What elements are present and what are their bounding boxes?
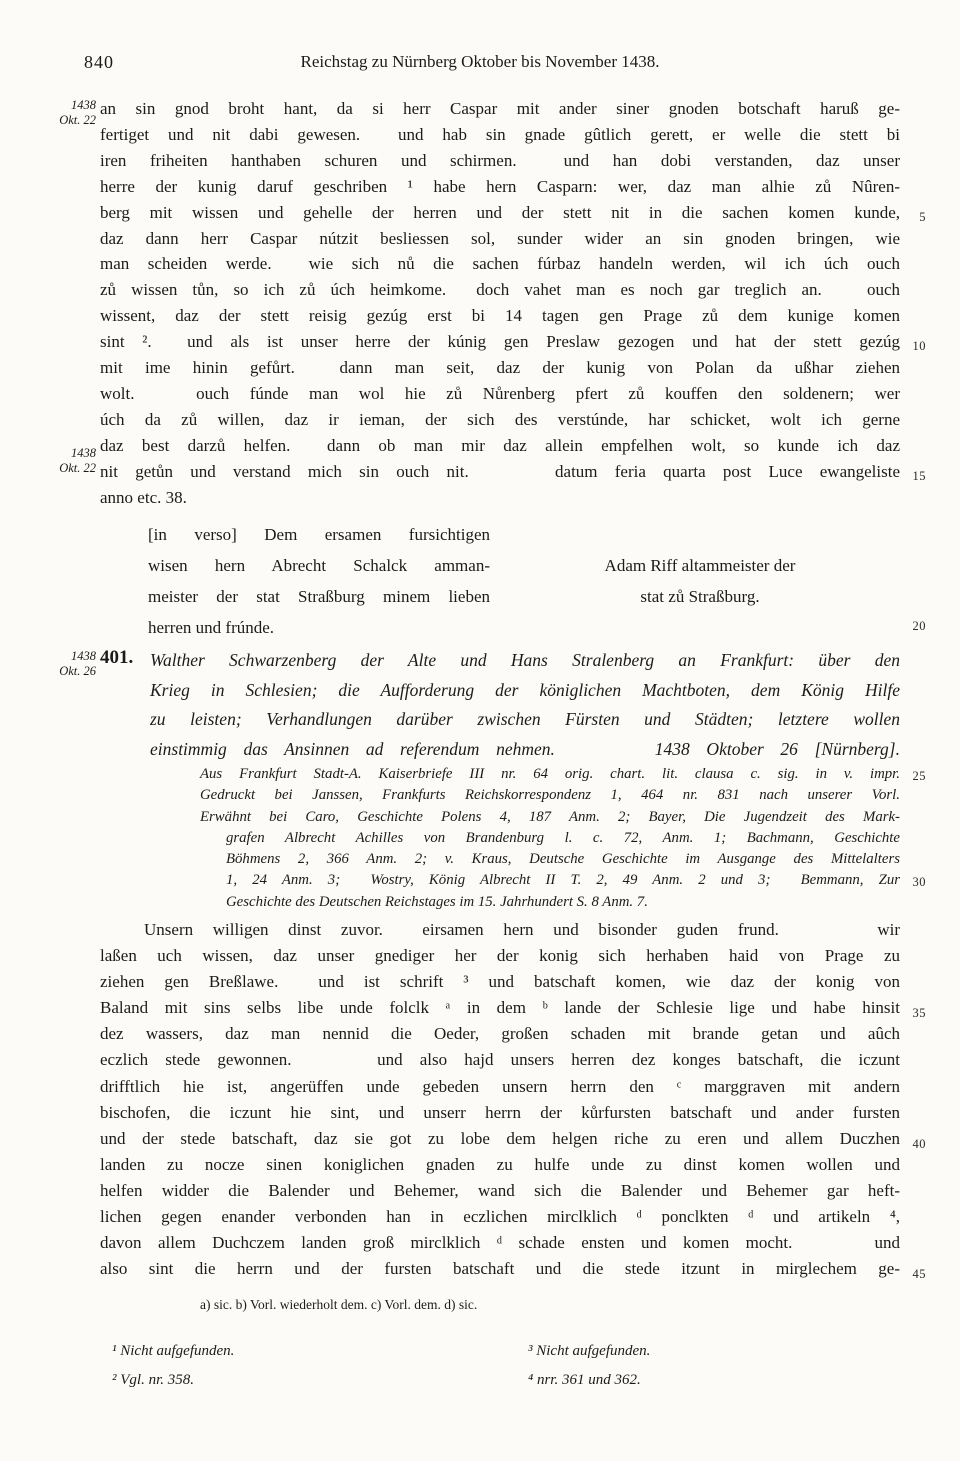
line-text: daz dann herr Caspar nútzit besliessen s… [100,229,900,248]
margin-date-day: Okt. 22 [40,461,96,476]
text-line: eczlich stede gewonnen. und also hajd un… [100,1047,900,1073]
line-text: [in verso] Dem ersamen fursichtigen [148,525,490,544]
line-text: dez wassers, daz man nennid die Oeder, g… [100,1024,900,1043]
line-text: davon allem Duchczem landen groß mirclkl… [100,1233,900,1252]
address-line: [in verso] Dem ersamen fursichtigen [148,519,490,550]
line-text: drifftlich hie ist, angerüffen unde gebe… [100,1077,900,1096]
line-text: meister der stat Straßburg minem lieben [148,587,490,606]
text-line: daz dann herr Caspar nútzit besliessen s… [100,226,900,252]
text-line: drifftlich hie ist, angerüffen unde gebe… [100,1074,900,1100]
apparatus-line: Gedruckt bei Janssen, Frankfurts Reichsk… [200,785,900,806]
line-text: landen zu nocze sinen koniglichen gnaden… [100,1155,900,1174]
margin-line-number: 45 [913,1261,927,1287]
entry-400-letter-body: 1438 Okt. 22 1438 Okt. 22 an sin gnod br… [100,96,900,511]
apparatus-line: Aus Frankfurt Stadt-A. Kaiserbriefe III … [200,764,900,785]
line-text: ³ Nicht aufgefunden. [528,1343,650,1359]
line-text: wissent, daz der stett reisig gezúg erst… [100,306,900,325]
summary-line: zu leisten; Verhandlungen darüber zwisch… [150,705,900,735]
margin-date-day: Okt. 22 [40,113,96,128]
line-text: lichen gegen enander verbonden han in ec… [100,1207,900,1226]
text-line: úch da zů willen, daz ir ieman, der sich… [100,407,900,433]
line-text: grafen Albrecht Achilles von Brandenburg… [226,830,900,846]
line-text: herre der kunig daruf geschriben ¹ habe … [100,177,900,196]
margin-line-number: 10 [913,334,927,360]
text-line: davon allem Duchczem landen groß mirclkl… [100,1230,900,1256]
page-header: 840 Reichstag zu Nürnberg Oktober bis No… [100,52,900,78]
line-text: Unsern willigen dinst zuvor. eirsamen he… [144,920,900,939]
line-text: sint ². und als ist unser herre der kúni… [100,332,900,351]
line-text: Aus Frankfurt Stadt-A. Kaiserbriefe III … [200,766,900,782]
text-line: also sint die herrn und der fursten bats… [100,1256,900,1282]
apparatus-line: Böhmens 2, 366 Anm. 2; v. Kraus, Deutsch… [200,849,900,870]
text-line: herre der kunig daruf geschriben ¹ habe … [100,174,900,200]
line-text: zů wissen tůn, so ich zů úch heimkome. d… [100,280,900,299]
address-line: wisen hern Abrecht Schalck amman- [148,550,490,581]
line-text: mit ime hinin gefůrt. dann man seit, daz… [100,358,900,377]
address-block: [in verso] Dem ersamen fursichtigenwisen… [100,519,900,647]
line-text: ² Vgl. nr. 358. [112,1372,194,1388]
line-text: anno etc. 38. [100,488,187,507]
line-text: bischofen, die iczunt hie sint, und unse… [100,1103,900,1122]
text-line: ziehen gen Breßlawe. und ist schrift ³ u… [100,969,900,995]
text-line: wolt. ouch fúnde man wol hie zů Nůrenber… [100,381,900,407]
apparatus-line: Erwähnt bei Caro, Geschichte Polens 4, 1… [200,807,900,828]
line-text: zu leisten; Verhandlungen darüber zwisch… [150,709,900,729]
footnote: ¹ Nicht aufgefunden. [112,1337,234,1366]
book-page: 840 Reichstag zu Nürnberg Oktober bis No… [0,0,960,1461]
line-text: also sint die herrn und der fursten bats… [100,1259,900,1278]
line-text: úch da zů willen, daz ir ieman, der sich… [100,410,900,429]
margin-line-number: 5 [919,205,926,231]
sender-line: Adam Riff altammeister der [545,550,855,581]
margin-date-year: 1438 [40,98,96,113]
variant-notes: a) sic. b) Vorl. wiederholt dem. c) Vorl… [200,1297,900,1313]
footnotes-right-column: ³ Nicht aufgefunden.⁴ nrr. 361 und 362. [528,1337,650,1395]
text-line: landen zu nocze sinen koniglichen gnaden… [100,1152,900,1178]
text-line: anno etc. 38. [100,485,900,511]
margin-line-number: 30 [913,872,927,893]
address-line: meister der stat Straßburg minem lieben [148,581,490,612]
line-text: wisen hern Abrecht Schalck amman- [148,556,490,575]
text-line: lichen gegen enander verbonden han in ec… [100,1204,900,1230]
summary-line: Walther Schwarzenberg der Alte und Hans … [150,646,900,676]
line-text: man scheiden werde. wie sich nů die sach… [100,254,900,273]
line-text: an sin gnod broht hant, da si herr Caspa… [100,99,900,118]
summary-line: Krieg in Schlesien; die Aufforderung der… [150,676,900,706]
text-line: iren friheiten hanthaben schuren und sch… [100,148,900,174]
margin-date: 1438 Okt. 22 [40,98,96,128]
line-text: eczlich stede gewonnen. und also hajd un… [100,1050,900,1069]
address-sender: Adam Riff altammeister derstat zů Straßb… [545,550,855,612]
text-line: daz best darzů helfen. dann ob man mir d… [100,433,900,459]
entry-401-letter-body: Unsern willigen dinst zuvor. eirsamen he… [100,917,900,1282]
line-text: herren und frúnde. [148,618,274,637]
apparatus-line: grafen Albrecht Achilles von Brandenburg… [200,828,900,849]
margin-line-number: 35 [913,1000,927,1026]
footnote: ³ Nicht aufgefunden. [528,1337,650,1366]
line-text: berg mit wissen und gehelle der herren u… [100,203,900,222]
text-line: zů wissen tůn, so ich zů úch heimkome. d… [100,277,900,303]
line-text: helfen widder die Balender und Behemer, … [100,1181,900,1200]
summary-line: einstimmig das Ansinnen ad referendum ne… [150,735,900,765]
line-text: Geschichte des Deutschen Reichstages im … [226,894,648,910]
line-text: wolt. ouch fúnde man wol hie zů Nůrenber… [100,384,900,403]
address-line: herren und frúnde. [148,612,490,643]
address-recipient: [in verso] Dem ersamen fursichtigenwisen… [148,519,490,643]
line-text: Krieg in Schlesien; die Aufforderung der… [150,680,900,700]
text-line: dez wassers, daz man nennid die Oeder, g… [100,1021,900,1047]
margin-line-number: 15 [913,464,927,490]
line-text: nit getůn und verstand mich sin ouch nit… [100,462,900,481]
apparatus-line: 1, 24 Anm. 3; Wostry, König Albrecht II … [200,870,900,891]
line-text: Walther Schwarzenberg der Alte und Hans … [150,650,900,670]
apparatus-line: Geschichte des Deutschen Reichstages im … [200,892,900,913]
line-text: Erwähnt bei Caro, Geschichte Polens 4, 1… [200,809,900,825]
margin-line-number: 40 [913,1131,927,1157]
text-line: Baland mit sins selbs libe unde folclk ᵃ… [100,995,900,1021]
line-text: laßen uch wissen, daz unser gnediger her… [100,946,900,965]
line-text: iren friheiten hanthaben schuren und sch… [100,151,900,170]
footnotes-left-column: ¹ Nicht aufgefunden.² Vgl. nr. 358. [112,1337,234,1395]
margin-line-number: 20 [913,619,927,634]
text-line: laßen uch wissen, daz unser gnediger her… [100,943,900,969]
line-text: daz best darzů helfen. dann ob man mir d… [100,436,900,455]
line-text: Baland mit sins selbs libe unde folclk ᵃ… [100,998,900,1017]
source-apparatus: Aus Frankfurt Stadt-A. Kaiserbriefe III … [200,764,900,913]
entry-number: 401. [100,647,133,669]
margin-date: 1438 Okt. 22 [40,446,96,476]
footnote: ² Vgl. nr. 358. [112,1366,234,1395]
line-text: Gedruckt bei Janssen, Frankfurts Reichsk… [200,787,900,803]
line-text: Böhmens 2, 366 Anm. 2; v. Kraus, Deutsch… [226,851,900,867]
footnote: ⁴ nrr. 361 und 362. [528,1366,650,1395]
line-text: und der stede batschaft, daz sie got zu … [100,1129,900,1148]
line-text: ziehen gen Breßlawe. und ist schrift ³ u… [100,972,900,991]
page-number: 840 [84,52,114,73]
letter-text: an sin gnod broht hant, da si herr Caspa… [100,96,900,511]
text-line: sint ². und als ist unser herre der kúni… [100,329,900,355]
entry-401-heading: 1438 Okt. 26 401. Walther Schwarzenberg … [100,646,900,764]
line-text: einstimmig das Ansinnen ad referendum ne… [150,739,900,759]
margin-date: 1438 Okt. 26 [40,649,96,679]
line-text: stat zů Straßburg. [640,587,759,606]
line-text: Adam Riff altammeister der [605,556,796,575]
text-line: mit ime hinin gefůrt. dann man seit, daz… [100,355,900,381]
text-line: man scheiden werde. wie sich nů die sach… [100,251,900,277]
entry-summary: Walther Schwarzenberg der Alte und Hans … [150,646,900,764]
margin-date-day: Okt. 26 [40,664,96,679]
text-line: wissent, daz der stett reisig gezúg erst… [100,303,900,329]
line-text: fertiget und nit dabi gewesen. und hab s… [100,125,900,144]
text-line: nit getůn und verstand mich sin ouch nit… [100,459,900,485]
line-text: ⁴ nrr. 361 und 362. [528,1372,641,1388]
text-line: und der stede batschaft, daz sie got zu … [100,1126,900,1152]
sender-line: stat zů Straßburg. [545,581,855,612]
running-title: Reichstag zu Nürnberg Oktober bis Novemb… [100,52,900,72]
line-text: ¹ Nicht aufgefunden. [112,1343,234,1359]
text-line: bischofen, die iczunt hie sint, und unse… [100,1100,900,1126]
text-line: an sin gnod broht hant, da si herr Caspa… [100,96,900,122]
text-line: helfen widder die Balender und Behemer, … [100,1178,900,1204]
text-line: fertiget und nit dabi gewesen. und hab s… [100,122,900,148]
line-text: 1, 24 Anm. 3; Wostry, König Albrecht II … [226,872,900,888]
margin-date-year: 1438 [40,446,96,461]
text-line: Unsern willigen dinst zuvor. eirsamen he… [100,917,900,943]
text-line: berg mit wissen und gehelle der herren u… [100,200,900,226]
margin-date-year: 1438 [40,649,96,664]
margin-line-number: 25 [913,766,927,787]
